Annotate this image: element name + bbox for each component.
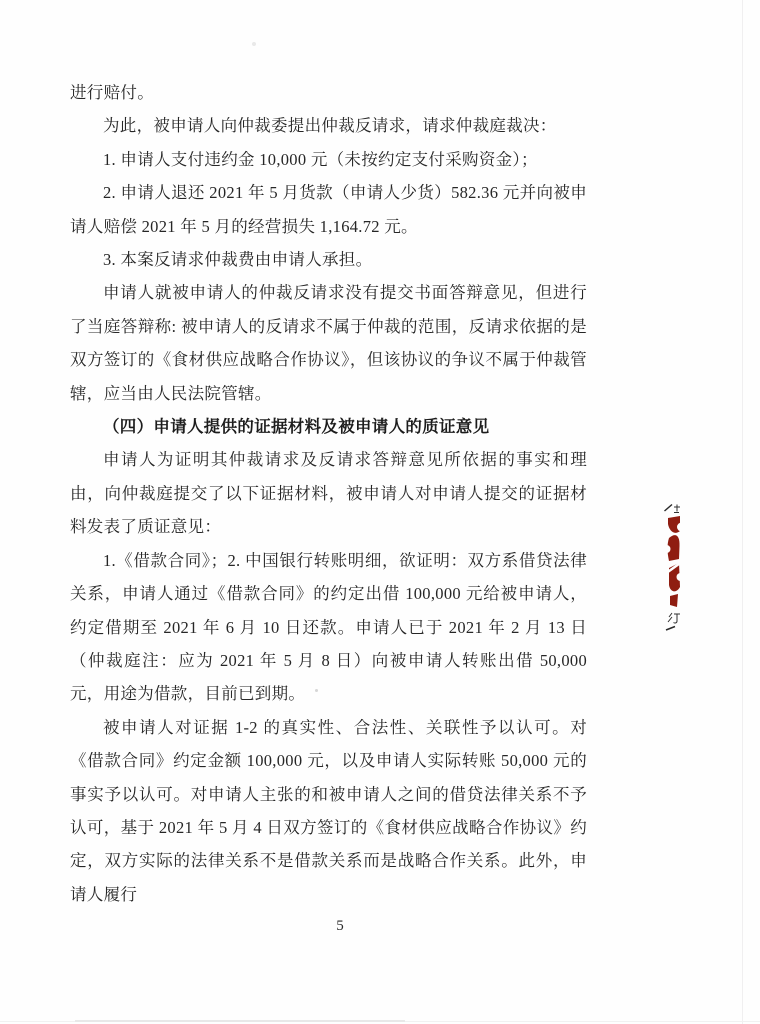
section-heading-evidence: （四）申请人提供的证据材料及被申请人的质证意见: [70, 410, 587, 443]
paragraph-counterclaim-intro: 为此，被申请人向仲裁委提出仲裁反请求，请求仲裁庭裁决：: [70, 109, 587, 142]
paragraph-counterclaim-item-2: 2. 申请人退还 2021 年 5 月货款（申请人少货）582.36 元并向被申…: [70, 176, 587, 243]
paragraph-counterclaim-item-1: 1. 申请人支付违约金 10,000 元（未按约定支付采购资金）；: [70, 143, 587, 176]
paragraph-claimant-court-reply: 申请人就被申请人的仲裁反请求没有提交书面答辩意见，但进行了当庭答辩称: 被申请人…: [70, 276, 587, 410]
page-number: 5: [330, 918, 350, 935]
paragraph-counterclaim-item-3: 3. 本案反请求仲裁费由申请人承担。: [70, 243, 587, 276]
document-body: 进行赔付。 为此，被申请人向仲裁委提出仲裁反请求，请求仲裁庭裁决： 1. 申请人…: [70, 76, 587, 911]
paragraph-evidence-items: 1.《借款合同》；2. 中国银行转账明细，欲证明：双方系借贷法律关系，申请人通过…: [70, 544, 587, 711]
scan-bottom-shadow: [75, 1020, 405, 1022]
paragraph-continuation: 进行赔付。: [70, 76, 587, 109]
scan-speck: [252, 42, 256, 46]
scanned-document-page: 进行赔付。 为此，被申请人向仲裁委提出仲裁反请求，请求仲裁庭裁决： 1. 申请人…: [0, 0, 760, 1024]
paragraph-respondent-opinion: 被申请人对证据 1-2 的真实性、合法性、关联性予以认可。对《借款合同》约定金额…: [70, 711, 587, 911]
scan-speck: [315, 689, 318, 692]
scan-edge-line: [742, 0, 743, 1024]
red-seal-fragment-icon: [663, 501, 685, 633]
paragraph-evidence-intro: 申请人为证明其仲裁请求及反请求答辩意见所依据的事实和理由，向仲裁庭提交了以下证据…: [70, 443, 587, 543]
